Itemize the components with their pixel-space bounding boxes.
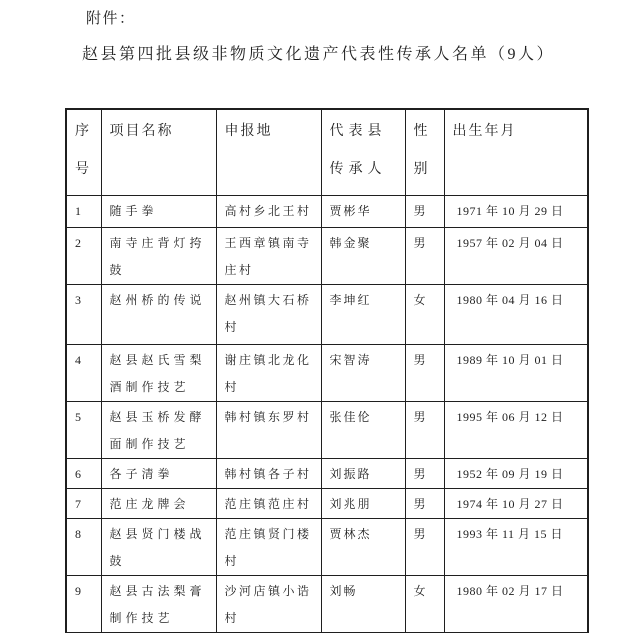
cell-inheritor-name: 贾林杰 — [321, 519, 405, 576]
header-project-name: 项目名称 — [101, 109, 216, 196]
cell-declaring-place: 高村乡北王村 — [216, 196, 321, 228]
inheritors-table: 序号 项目名称 申报地 代表县传承人 性别 出生年月 1 随手拳 高村乡北王村 … — [65, 108, 589, 633]
cell-birth-date: 1957 年 02 月 04 日 — [444, 228, 588, 285]
cell-serial-number: 9 — [66, 576, 101, 633]
cell-gender: 女 — [405, 576, 444, 633]
table-row: 4 赵县赵氏雪梨酒制作技艺 谢庄镇北龙化村 宋智涛 男 1989 年 10 月 … — [66, 345, 588, 402]
cell-serial-number: 3 — [66, 285, 101, 345]
cell-birth-date: 1971 年 10 月 29 日 — [444, 196, 588, 228]
header-birth-date: 出生年月 — [444, 109, 588, 196]
cell-declaring-place: 范庄镇范庄村 — [216, 489, 321, 519]
cell-gender: 男 — [405, 489, 444, 519]
cell-declaring-place: 韩村镇各子村 — [216, 459, 321, 489]
table-row: 3 赵州桥的传说 赵州镇大石桥村 李坤红 女 1980 年 04 月 16 日 — [66, 285, 588, 345]
cell-inheritor-name: 李坤红 — [321, 285, 405, 345]
cell-serial-number: 8 — [66, 519, 101, 576]
cell-inheritor-name: 宋智涛 — [321, 345, 405, 402]
cell-inheritor-name: 张佳伦 — [321, 402, 405, 459]
cell-project-name: 赵县贤门楼战鼓 — [101, 519, 216, 576]
table-row: 2 南寺庄背灯挎鼓 王西章镇南寺庄村 韩金聚 男 1957 年 02 月 04 … — [66, 228, 588, 285]
attachment-label: 附件： — [86, 7, 136, 28]
cell-gender: 男 — [405, 196, 444, 228]
cell-inheritor-name: 刘振路 — [321, 459, 405, 489]
cell-declaring-place: 沙河店镇小诰村 — [216, 576, 321, 633]
page-title: 赵县第四批县级非物质文化遗产代表性传承人名单（9人） — [82, 41, 555, 64]
cell-declaring-place: 韩村镇东罗村 — [216, 402, 321, 459]
table-row: 9 赵县古法梨膏制作技艺 沙河店镇小诰村 刘畅 女 1980 年 02 月 17… — [66, 576, 588, 633]
cell-birth-date: 1974 年 10 月 27 日 — [444, 489, 588, 519]
cell-serial-number: 2 — [66, 228, 101, 285]
cell-gender: 女 — [405, 285, 444, 345]
cell-project-name: 赵县玉桥发酵面制作技艺 — [101, 402, 216, 459]
cell-project-name: 赵州桥的传说 — [101, 285, 216, 345]
cell-birth-date: 1993 年 11 月 15 日 — [444, 519, 588, 576]
cell-serial-number: 6 — [66, 459, 101, 489]
table-header: 序号 项目名称 申报地 代表县传承人 性别 出生年月 — [66, 109, 588, 196]
cell-serial-number: 5 — [66, 402, 101, 459]
header-declaring-place: 申报地 — [216, 109, 321, 196]
cell-inheritor-name: 贾彬华 — [321, 196, 405, 228]
table-row: 6 各子清拳 韩村镇各子村 刘振路 男 1952 年 09 月 19 日 — [66, 459, 588, 489]
cell-serial-number: 4 — [66, 345, 101, 402]
cell-birth-date: 1980 年 02 月 17 日 — [444, 576, 588, 633]
cell-birth-date: 1980 年 04 月 16 日 — [444, 285, 588, 345]
cell-serial-number: 7 — [66, 489, 101, 519]
header-serial-number: 序号 — [66, 109, 101, 196]
cell-project-name: 赵县赵氏雪梨酒制作技艺 — [101, 345, 216, 402]
cell-gender: 男 — [405, 459, 444, 489]
table-row: 1 随手拳 高村乡北王村 贾彬华 男 1971 年 10 月 29 日 — [66, 196, 588, 228]
cell-gender: 男 — [405, 228, 444, 285]
cell-inheritor-name: 刘兆朋 — [321, 489, 405, 519]
cell-project-name: 赵县古法梨膏制作技艺 — [101, 576, 216, 633]
cell-gender: 男 — [405, 519, 444, 576]
cell-project-name: 范庄龙牌会 — [101, 489, 216, 519]
cell-declaring-place: 谢庄镇北龙化村 — [216, 345, 321, 402]
cell-project-name: 南寺庄背灯挎鼓 — [101, 228, 216, 285]
cell-project-name: 随手拳 — [101, 196, 216, 228]
cell-gender: 男 — [405, 402, 444, 459]
cell-inheritor-name: 刘畅 — [321, 576, 405, 633]
table-body: 1 随手拳 高村乡北王村 贾彬华 男 1971 年 10 月 29 日 2 南寺… — [66, 196, 588, 633]
header-gender: 性别 — [405, 109, 444, 196]
cell-birth-date: 1952 年 09 月 19 日 — [444, 459, 588, 489]
header-row: 序号 项目名称 申报地 代表县传承人 性别 出生年月 — [66, 109, 588, 196]
table-row: 7 范庄龙牌会 范庄镇范庄村 刘兆朋 男 1974 年 10 月 27 日 — [66, 489, 588, 519]
cell-declaring-place: 范庄镇贤门楼村 — [216, 519, 321, 576]
cell-inheritor-name: 韩金聚 — [321, 228, 405, 285]
table-row: 8 赵县贤门楼战鼓 范庄镇贤门楼村 贾林杰 男 1993 年 11 月 15 日 — [66, 519, 588, 576]
header-county-inheritor: 代表县传承人 — [321, 109, 405, 196]
table-row: 5 赵县玉桥发酵面制作技艺 韩村镇东罗村 张佳伦 男 1995 年 06 月 1… — [66, 402, 588, 459]
cell-serial-number: 1 — [66, 196, 101, 228]
cell-declaring-place: 王西章镇南寺庄村 — [216, 228, 321, 285]
cell-birth-date: 1989 年 10 月 01 日 — [444, 345, 588, 402]
cell-declaring-place: 赵州镇大石桥村 — [216, 285, 321, 345]
cell-gender: 男 — [405, 345, 444, 402]
cell-birth-date: 1995 年 06 月 12 日 — [444, 402, 588, 459]
cell-project-name: 各子清拳 — [101, 459, 216, 489]
